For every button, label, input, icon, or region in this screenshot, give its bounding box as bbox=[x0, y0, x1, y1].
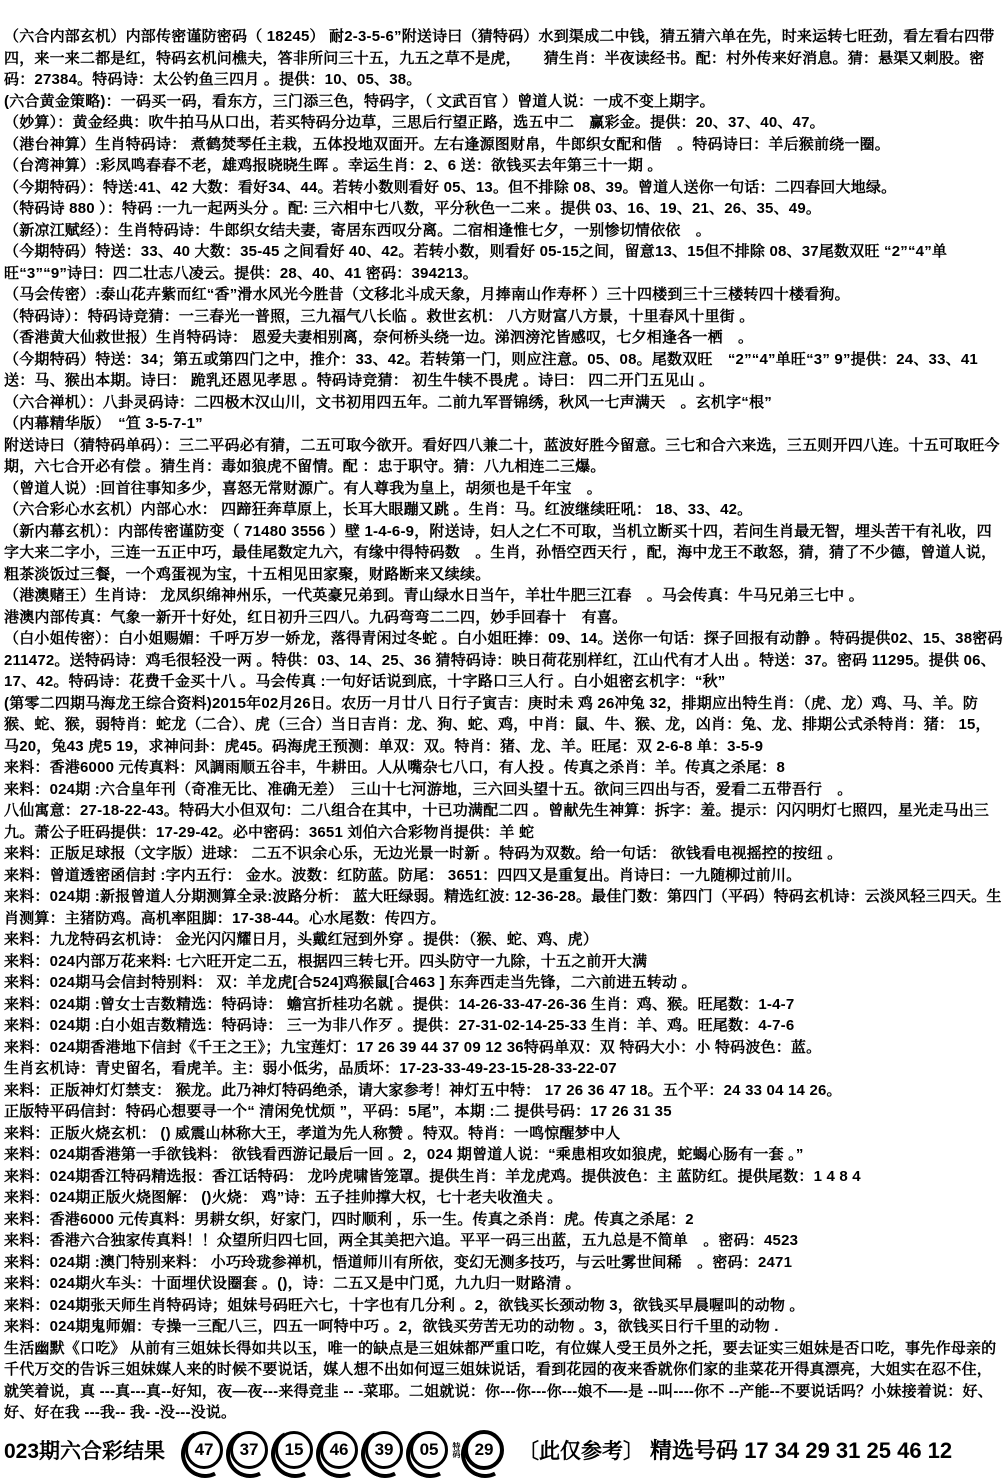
lottery-ball: 15 bbox=[275, 1431, 313, 1469]
text-line: （特码诗）：特码诗竞猜：一三春光一普照，三九福气八长临 。救世玄机： 八方财富八… bbox=[4, 306, 1003, 328]
special-lottery-ball: 29 bbox=[464, 1430, 504, 1470]
text-line: 来料：024期 :澳门特别来料： 小巧玲珑参禅机，悟道师川有所依，变幻无测多技巧… bbox=[4, 1252, 1003, 1274]
lottery-balls: 47 37 15 46 39 05 bbox=[185, 1431, 448, 1469]
text-line: （台湾神算）:彩凤鸣春春不老，雄鸡报晓晓生晖 。幸运生肖：2、6 送：欲钱买去年… bbox=[4, 155, 1003, 177]
text-line: （六合彩心水玄机）内部心水： 四蹄狂奔草原上，长耳大眼蹦又跳 。生肖：马。红波继… bbox=[4, 499, 1003, 521]
lottery-ball: 39 bbox=[365, 1431, 403, 1469]
text-line: （妙算）：黄金经典：吹牛拍马从口出，若买特码分边草，三思后行望正路，选五中二 赢… bbox=[4, 112, 1003, 134]
tip-sheet-page: （六合内部玄机）内部传密谨防密码（ 18245） 耐2-3-5-6”附送诗曰（猜… bbox=[0, 0, 1006, 1470]
text-line: (六合黄金策略)：一码买一码，看东方，三门添三色，特码字，（ 文武百官 ）曾道人… bbox=[4, 91, 1003, 113]
text-line: 来料：正版足球报（文字版）进球： 二五不识余心乐，无边光景一时新 。特码为双数。… bbox=[4, 843, 1003, 865]
text-line: 来料：024期火车头：十面埋伏设圈套 。()，诗：二五又是中门觅，九九归一财路清… bbox=[4, 1273, 1003, 1295]
text-line: （白小姐传密）：白小姐赐媚：千呼万岁一娇龙，落得青闲过冬蛇 。白小姐旺捧：09、… bbox=[4, 628, 1003, 693]
text-line: (第零二四期马海龙王综合资料)2015年02月26日。农历一月廿八 日行子寅吉：… bbox=[4, 693, 1003, 758]
reference-note: 〔此仅参考〕 bbox=[518, 1435, 644, 1465]
text-line: 港澳内部传真：气象一新开十好处，红日初升三四八。九码弯弯二二四，妙手回春十 有喜… bbox=[4, 607, 1003, 629]
text-line: 来料：024期张天师生肖特码诗；姐妹号码旺六七，十字也有几分利 。2，欲钱买长颈… bbox=[4, 1295, 1003, 1317]
text-line: 来料：024期香江特码精选报：香江话特码： 龙吟虎啸皆笼罩。提供生肖：羊龙虎鸡。… bbox=[4, 1166, 1003, 1188]
text-line: 来料：香港六合独家传真料！！众望所归四七回，两全其美把六追。平平一码三出蓝，五九… bbox=[4, 1230, 1003, 1252]
text-line: 来料：024内部万花来料: 七六旺开定二五，根据四三转七开。四头防守一九除，十五… bbox=[4, 951, 1003, 973]
text-line: （六合禅机）：八卦灵码诗：二四极木汉山川，文书初用四五年。二前九军晋锦绣，秋风一… bbox=[4, 392, 1003, 414]
text-line: （马会传密）:泰山花卉紫而红“香”滑水风光今胜昔（文移北斗成天象，月捧南山作寿杯… bbox=[4, 284, 1003, 306]
text-line: 来料：曾道透密函信封 :字内五行： 金水。波数：红防蓝。防尾： 3651：四四又… bbox=[4, 865, 1003, 887]
lottery-ball: 46 bbox=[320, 1431, 358, 1469]
text-line: 来料：024期正版火烧图解： ()火烧： 鸡”诗：五子挂帅撑大权，七十老夫收渔夫… bbox=[4, 1187, 1003, 1209]
lottery-ball: 37 bbox=[230, 1431, 268, 1469]
selected-numbers-label: 精选号码 bbox=[650, 1438, 738, 1463]
text-line: 来料：正版神灯灯禁支： 猴龙。此乃神灯特码绝杀，请大家参考！神灯五中特： 17 … bbox=[4, 1080, 1003, 1102]
text-line: 来料：024期 :白小姐吉数精选：特码诗： 三一为非八作歹 。提供：27-31-… bbox=[4, 1015, 1003, 1037]
text-line: （港澳赌王）生肖诗： 龙凤织绵神州乐，一代英豪兄弟到。青山绿水日当午，羊壮牛肥三… bbox=[4, 585, 1003, 607]
text-line: 来料：024期 :六合皇年刊（奇准无比、准确无差） 三山十七河游地，三六回头望十… bbox=[4, 779, 1003, 801]
results-footer: 023期六合彩结果 47 37 15 46 39 05 特码 29 〔此仅参考〕… bbox=[4, 1430, 1003, 1470]
selected-numbers: 精选号码 17 34 29 31 25 46 12 bbox=[650, 1434, 952, 1465]
text-line: （六合内部玄机）内部传密谨防密码（ 18245） 耐2-3-5-6”附送诗曰（猜… bbox=[4, 26, 1003, 91]
text-line: 来料：024期马会信封特别料： 双：羊龙虎[合524]鸡猴鼠[合463 ] 东奔… bbox=[4, 972, 1003, 994]
text-line: 附送诗曰（猜特码单码）：三二平码必有猜，二五可取今欲开。看好四八兼二十，蓝波好胜… bbox=[4, 435, 1003, 478]
text-line: 来料：香港6000 元传真料：男耕女织，好家门，四时顺利 ，乐一生。传真之杀肖：… bbox=[4, 1209, 1003, 1231]
text-line: （今期特码）：特送:41、42 大数：看好34、44。若转小数则看好 05、13… bbox=[4, 177, 1003, 199]
text-line: （内幕精华版） “笪 3-5-7-1” bbox=[4, 413, 1003, 435]
text-line: 正版特平码信封：特码心想要寻一个“ 清闲免忧烦 ”，平码：5尾”，本期 :二 提… bbox=[4, 1101, 1003, 1123]
text-line: （新凉江赋经）：生肖特码诗：牛郎织女结夫妻，寄居东西叹分离。二宿相逢惟七夕，一别… bbox=[4, 220, 1003, 242]
selected-numbers-values: 17 34 29 31 25 46 12 bbox=[744, 1438, 952, 1463]
text-line: （今期特码）特送：33、40 大数：35-45 之间看好 40、42。若转小数，… bbox=[4, 241, 1003, 284]
text-line: （香港黄大仙救世报）生肖特码诗： 恩爱夫妻相别离，奈何桥头绕一边。涕泗滂沱皆感叹… bbox=[4, 327, 1003, 349]
text-line: 来料：024期香港地下信封《千王之王》；九宝莲灯：17 26 39 44 37 … bbox=[4, 1037, 1003, 1059]
text-line: 来料：024期 :新报曾道人分期测算全录:波路分析： 蓝大旺绿弱。精选红波: 1… bbox=[4, 886, 1003, 929]
text-line: （今期特码）特送：34；第五或第四门之中，推介：33、42。若转第一门，则应注意… bbox=[4, 349, 1003, 392]
text-line: 八仙寓意：27-18-22-43。特码大小但双句：二八组合在其中，十已功满配二四… bbox=[4, 800, 1003, 843]
text-line: （新内幕玄机）：内部传密谨防变（ 71480 3556 ）壁 1-4-6-9，附… bbox=[4, 521, 1003, 586]
text-line: 来料：024期 :曾女士吉数精选：特码诗： 蟾宫折桂功名就 。提供：14-26-… bbox=[4, 994, 1003, 1016]
text-line: 生肖玄机诗：青史留名，看虎羊。主：弱小低劣，品质坏：17-23-33-49-23… bbox=[4, 1058, 1003, 1080]
text-line: 来料：正版火烧玄机： () 威震山林称大王，孝道为先人称赞 。特双。特肖：一鸣惊… bbox=[4, 1123, 1003, 1145]
tip-sheet-body: （六合内部玄机）内部传密谨防密码（ 18245） 耐2-3-5-6”附送诗曰（猜… bbox=[4, 26, 1003, 1424]
text-line: （特码诗 880 ）：特码 :一九一起两头分 。配: 三六相中七八数，平分秋色一… bbox=[4, 198, 1003, 220]
text-line: 来料：024期鬼师媚：专操一三配八三，四五一呵特中巧 。2，欲钱买劳苦无功的动物… bbox=[4, 1316, 1003, 1338]
text-line: 来料：香港6000 元传真料：风調雨顺五谷丰，牛耕田。人从嘴杂七八口，有人投 。… bbox=[4, 757, 1003, 779]
text-line: （曾道人说）:回首往事知多少，喜怒无常财源广。有人尊我为皇上，胡须也是千年宝 。 bbox=[4, 478, 1003, 500]
text-line: 生活幽默《口吃》 从前有三姐妹长得如共以玉，唯一的缺点是三姐妹都严重口吃，有位媒… bbox=[4, 1338, 1003, 1424]
lottery-ball: 47 bbox=[185, 1431, 223, 1469]
text-line: （港台神算）生肖特码诗： 煮鹤焚琴任主栽，五体投地双面开。左右逢源图财帛，牛郎织… bbox=[4, 134, 1003, 156]
result-label: 023期六合彩结果 bbox=[4, 1435, 165, 1465]
text-line: 来料：九龙特码玄机诗： 金光闪闪耀日月，头戴红冠到外穿 。提供：（猴、蛇、鸡、虎… bbox=[4, 929, 1003, 951]
lottery-ball: 05 bbox=[410, 1431, 448, 1469]
text-line: 来料：024期香港第一手欲钱料： 欲钱看西游记最后一回 。2，024 期曾道人说… bbox=[4, 1144, 1003, 1166]
